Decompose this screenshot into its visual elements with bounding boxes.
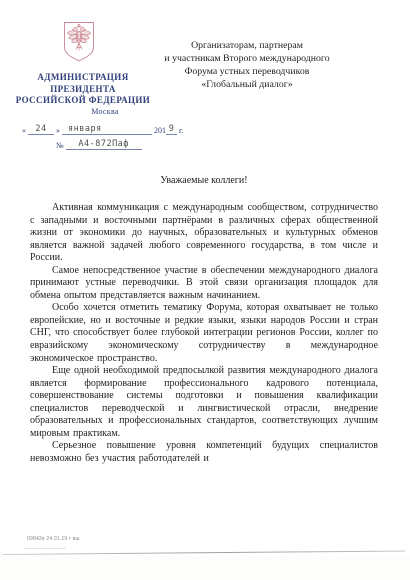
date-month-blank: января	[62, 123, 152, 135]
date-year-value: 9	[169, 124, 175, 134]
document-number-line: № А4-872Паф	[56, 138, 142, 150]
letterhead-org-name: АДМИНИСТРАЦИЯ ПРЕЗИДЕНТА РОССИЙСКОЙ ФЕДЕ…	[12, 72, 154, 107]
paragraph-5: Серьезное повышение уровня компетенций б…	[30, 440, 378, 465]
paragraph-4: Еще одной необходимой предпосылкой разви…	[30, 365, 378, 440]
open-quote: «	[22, 126, 26, 135]
org-line-3: РОССИЙСКОЙ ФЕДЕРАЦИИ	[12, 95, 154, 107]
date-day-blank: 24	[28, 123, 54, 135]
addressee-line-3: Форума устных переводчиков	[148, 65, 346, 78]
print-registration-code: 09842в 24.01.19 г вш	[27, 536, 80, 542]
addressee-line-1: Организаторам, партнерам	[148, 39, 346, 52]
date-day-value: 24	[35, 124, 46, 134]
paragraph-1: Активная коммуникация с международным со…	[30, 202, 378, 265]
addressee-line-2: и участникам Второго международного	[148, 52, 346, 65]
date-line: « 24 » января 2019 г.	[22, 123, 183, 135]
footer-faint-line	[24, 548, 66, 549]
letter-body: Активная коммуникация с международным со…	[30, 202, 378, 465]
date-year-blank: 9	[166, 123, 177, 135]
paragraph-3: Особо хочется отметить тематику Форума, …	[30, 302, 378, 365]
org-line-1: АДМИНИСТРАЦИЯ	[12, 72, 154, 84]
org-line-2: ПРЕЗИДЕНТА	[12, 84, 154, 96]
scanned-letter-page: АДМИНИСТРАЦИЯ ПРЕЗИДЕНТА РОССИЙСКОЙ ФЕДЕ…	[0, 0, 410, 580]
close-quote: »	[56, 126, 60, 135]
year-suffix: г.	[179, 126, 183, 135]
russia-coat-of-arms-icon	[62, 21, 96, 68]
number-value: А4-872Паф	[78, 139, 129, 149]
salutation: Уважаемые коллеги!	[30, 175, 378, 186]
addressee-block: Организаторам, партнерам и участникам Вт…	[148, 39, 346, 91]
paragraph-2: Самое непосредственное участие в обеспеч…	[30, 265, 378, 303]
date-month-value: января	[68, 124, 102, 134]
letterhead-city: Москва	[40, 107, 170, 116]
scanned-page-bottom-edge	[3, 550, 405, 555]
year-prefix: 201	[154, 126, 166, 135]
number-label: №	[56, 141, 64, 150]
scan-background-below-page	[0, 556, 410, 580]
number-blank: А4-872Паф	[66, 138, 142, 150]
addressee-line-4: «Глобальный диалог»	[148, 78, 346, 91]
